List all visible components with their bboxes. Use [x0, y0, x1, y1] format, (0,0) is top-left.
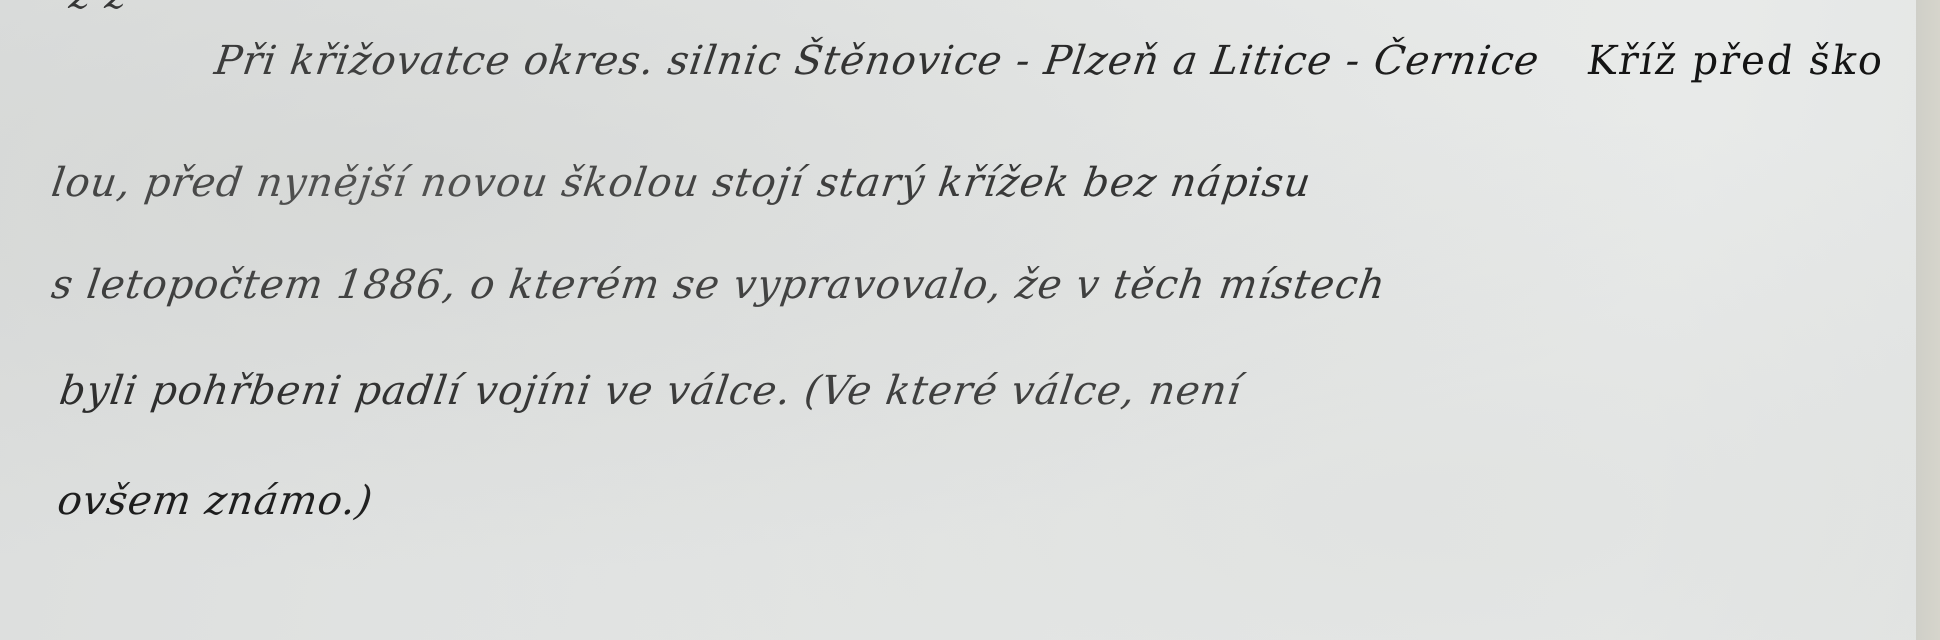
- page-edge-background: [1916, 0, 1940, 640]
- text-line-1-main: Při křižovatce okres. silnic Štěnovice -…: [212, 38, 1543, 84]
- top-cut-off-fragment: ž ž: [67, 0, 131, 18]
- text-line-4: byli pohřbeni padlí vojíni ve válce. (Ve…: [57, 368, 1245, 414]
- text-line-5: ovšem známo.): [55, 478, 376, 524]
- text-line-2: lou, před nynější novou školou stojí sta…: [49, 160, 1314, 206]
- paper-page: ž ž Při křižovatce okres. silnic Štěnovi…: [0, 0, 1916, 640]
- text-line-1: Při křižovatce okres. silnic Štěnovice -…: [212, 38, 1888, 84]
- text-line-3: s letopočtem 1886, o kterém se vypravova…: [49, 262, 1389, 308]
- text-line-1-tail: Kříž před ško: [1584, 38, 1888, 84]
